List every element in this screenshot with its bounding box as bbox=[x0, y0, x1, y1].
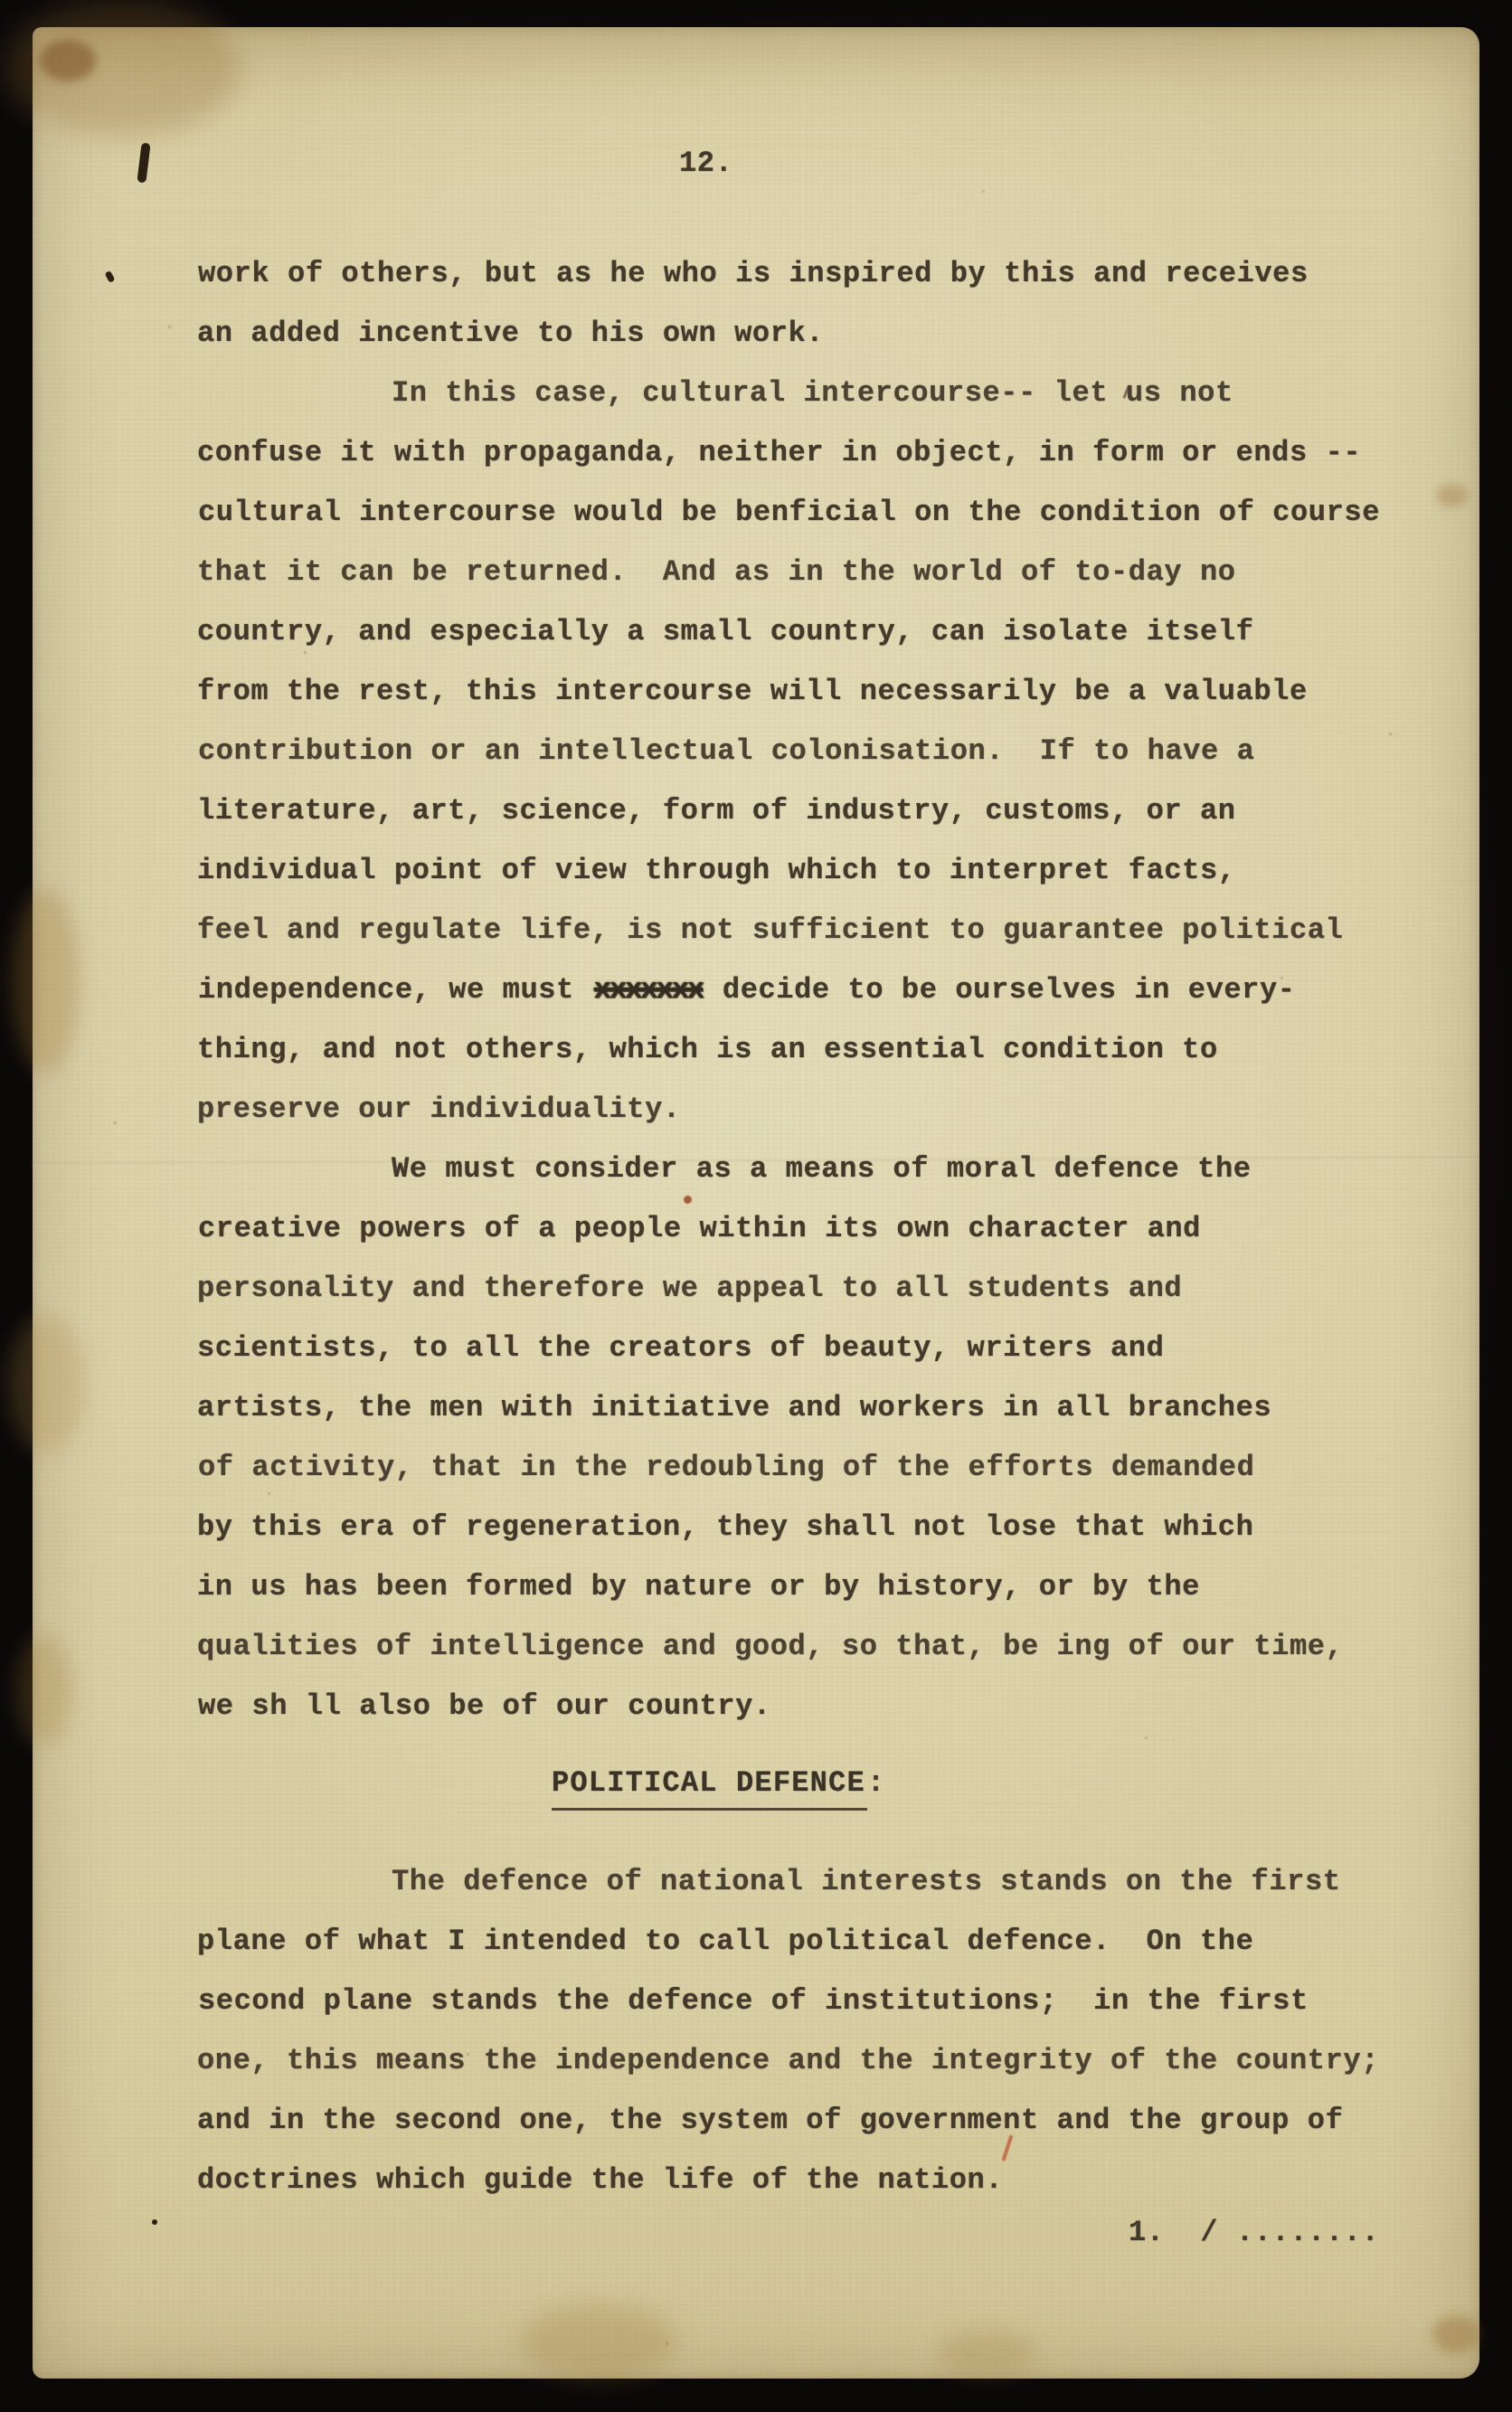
text-line: of activity, that in the redoubling of t… bbox=[198, 1438, 1446, 1498]
text-line: literature, art, science, form of indust… bbox=[197, 781, 1445, 841]
text-line: second plane stands the defence of insti… bbox=[198, 1972, 1446, 2031]
text-line: from the rest, this intercourse will nec… bbox=[197, 662, 1445, 722]
text-line: preserve our individuality. bbox=[197, 1080, 1445, 1140]
text-line: contribution or an intellectual colonisa… bbox=[198, 722, 1446, 781]
ink-mark bbox=[152, 2219, 157, 2225]
text-line: plane of what I intended to call politic… bbox=[197, 1912, 1445, 1972]
text-line: feel and regulate life, is not sufficien… bbox=[197, 901, 1445, 960]
text-line: and in the second one, the system of gov… bbox=[197, 2091, 1445, 2151]
text-line: in us has been formed by nature or by hi… bbox=[197, 1557, 1445, 1617]
text-line: an added incentive to his own work. bbox=[197, 304, 1445, 364]
stain bbox=[521, 2304, 676, 2379]
stain bbox=[1432, 2315, 1479, 2353]
text-line: independence, we must xxxxxxx decide to … bbox=[198, 960, 1446, 1020]
stain bbox=[937, 2330, 1038, 2377]
paper: 12. work of others, but as he who is ins… bbox=[33, 27, 1479, 2379]
text-line: The defence of national interests stands… bbox=[197, 1852, 1445, 1912]
text-line: work of others, but as he who is inspire… bbox=[198, 244, 1446, 304]
ink-mark bbox=[105, 270, 116, 283]
heading-colon: : bbox=[867, 1766, 885, 1800]
stain bbox=[5, 0, 241, 136]
text-line: individual point of view through which t… bbox=[197, 841, 1445, 901]
text-line: doctrines which guide the life of the na… bbox=[197, 2151, 1445, 2210]
text-line: personality and therefore we appeal to a… bbox=[197, 1259, 1445, 1319]
ink-mark bbox=[137, 143, 150, 184]
stain bbox=[40, 40, 96, 81]
specks bbox=[33, 27, 35, 30]
text-line: qualities of intelligence and good, so t… bbox=[197, 1617, 1445, 1677]
stain bbox=[13, 888, 80, 1074]
text-line: one, this means the independence and the… bbox=[197, 2031, 1445, 2091]
text-line: In this case, cultural intercourse-- let… bbox=[197, 364, 1445, 423]
text-line: confuse it with propaganda, neither in o… bbox=[197, 423, 1445, 483]
text-line: we sh ll also be of our country. bbox=[198, 1677, 1446, 1736]
text-line: We must consider as a means of moral def… bbox=[197, 1140, 1445, 1199]
text-line: that it can be returned. And as in the w… bbox=[197, 543, 1445, 602]
text-line: thing, and not others, which is an essen… bbox=[197, 1020, 1445, 1080]
text-line: creative powers of a people within its o… bbox=[198, 1199, 1446, 1259]
stain bbox=[16, 1635, 72, 1745]
heading-text: POLITICAL DEFENCE bbox=[552, 1764, 867, 1811]
text-line: country, and especially a small country,… bbox=[197, 602, 1445, 662]
section-heading: POLITICAL DEFENCE: bbox=[552, 1764, 1445, 1811]
text-line: artists, the men with initiative and wor… bbox=[197, 1378, 1445, 1438]
stain bbox=[9, 1315, 85, 1452]
page-footer: 1. / ........ bbox=[1129, 2216, 1379, 2249]
scan-background: 12. work of others, but as he who is ins… bbox=[0, 0, 1512, 2412]
struck-word: xxxxxxx bbox=[592, 973, 704, 1007]
page-number: 12. bbox=[679, 147, 732, 180]
text-line: scientists, to all the creators of beaut… bbox=[197, 1319, 1445, 1378]
document-body: work of others, but as he who is inspire… bbox=[197, 244, 1445, 2210]
text-line: cultural intercourse would be benficial … bbox=[198, 483, 1446, 543]
text-line: by this era of regeneration, they shall … bbox=[197, 1498, 1445, 1557]
